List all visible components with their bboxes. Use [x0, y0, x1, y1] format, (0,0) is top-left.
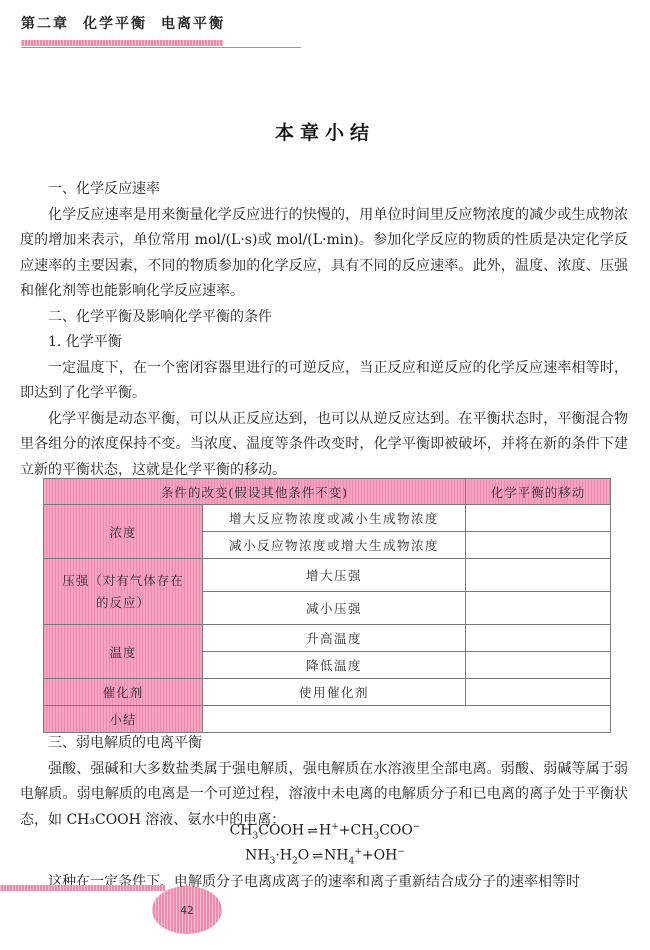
table-answer-cell[interactable] — [466, 625, 611, 652]
table-summary-answer-cell[interactable] — [203, 706, 611, 733]
eq-term: OH — [374, 848, 398, 864]
table-answer-cell[interactable] — [466, 679, 611, 706]
footer-decor-bar — [0, 885, 165, 891]
page-number-badge: 42 — [152, 886, 222, 934]
equation-ammonia: NH3·H2O⇌NH4++OH− — [0, 847, 650, 866]
table-condition-cell: 减小压强 — [203, 592, 466, 625]
chapter-section-2: 电离平衡 — [161, 16, 225, 32]
eq-superscript: + — [354, 847, 362, 857]
eq-term: CH — [230, 823, 253, 839]
chapter-label: 第二章 — [21, 16, 69, 32]
table-condition-cell: 增大压强 — [203, 559, 466, 592]
body-text-top: 一、化学反应速率 化学反应速率是用来衡量化学反应进行的快慢的，用单位时间里反应物… — [20, 177, 628, 509]
table-header-shift: 化学平衡的移动 — [466, 479, 611, 505]
eq-term: COOH — [258, 823, 304, 839]
section-2-paragraph-2: 化学平衡是动态平衡，可以从正反应达到，也可以从逆反应达到。在平衡状态时，平衡混合… — [20, 407, 628, 484]
chapter-header: 第二章化学平衡电离平衡 — [21, 13, 239, 33]
section-2-paragraph-1: 一定温度下，在一个密闭容器里进行的可逆反应，当正反应和逆反应的化学反应速率相等时… — [20, 356, 628, 407]
body-text-bottom: 这种在一定条件下，电解质分子电离成离子的速率和离子重新结合成分子的速率相等时 — [20, 870, 628, 896]
table-category-summary: 小结 — [44, 706, 203, 733]
section-2-subheading-1: 1. 化学平衡 — [20, 330, 628, 356]
eq-term: COO — [379, 823, 413, 839]
eq-subscript: 4 — [349, 856, 355, 866]
table-header-conditions: 条件的改变(假设其他条件不变) — [44, 479, 466, 505]
section-3-paragraph-2: 这种在一定条件下，电解质分子电离成离子的速率和离子重新结合成分子的速率相等时 — [20, 870, 628, 896]
eq-plus: + — [362, 848, 374, 864]
eq-superscript: − — [397, 847, 405, 857]
table-condition-cell: 降低温度 — [203, 652, 466, 679]
table-answer-cell[interactable] — [466, 652, 611, 679]
table-category-concentration: 浓度 — [44, 505, 203, 559]
equilibrium-conditions-table: 条件的改变(假设其他条件不变) 化学平衡的移动 浓度 增大反应物浓度或减小生成物… — [43, 478, 611, 733]
table-condition-cell: 使用催化剂 — [203, 679, 466, 706]
table-answer-cell[interactable] — [466, 559, 611, 592]
table-row: 温度 升高温度 — [44, 625, 611, 652]
eq-term: NH — [245, 848, 269, 864]
equilibrium-arrow-icon: ⇌ — [307, 824, 316, 839]
section-1-heading: 一、化学反应速率 — [20, 177, 628, 203]
eq-term: NH — [324, 848, 348, 864]
table-condition-cell: 升高温度 — [203, 625, 466, 652]
header-rule — [21, 47, 301, 48]
section-3-heading: 三、弱电解质的电离平衡 — [20, 731, 628, 757]
table-category-pressure: 压强（对有气体存在的反应） — [44, 559, 203, 625]
equation-acetic-acid: CH3COOH⇌H++CH3COO− — [0, 822, 650, 841]
table-answer-cell[interactable] — [466, 532, 611, 559]
table-row: 催化剂 使用催化剂 — [44, 679, 611, 706]
table-category-catalyst: 催化剂 — [44, 679, 203, 706]
chapter-section-1: 化学平衡 — [83, 16, 147, 32]
table-header-row: 条件的改变(假设其他条件不变) 化学平衡的移动 — [44, 479, 611, 505]
eq-plus: + — [339, 823, 351, 839]
equilibrium-arrow-icon: ⇌ — [312, 849, 321, 864]
table-row: 浓度 增大反应物浓度或减小生成物浓度 — [44, 505, 611, 532]
table-row: 小结 — [44, 706, 611, 733]
section-2-heading: 二、化学平衡及影响化学平衡的条件 — [20, 305, 628, 331]
eq-term: H — [280, 848, 292, 864]
body-text-section-3: 三、弱电解质的电离平衡 强酸、强碱和大多数盐类属于强电解质，强电解质在水溶液里全… — [20, 731, 628, 833]
table-condition-cell: 减小反应物浓度或增大生成物浓度 — [203, 532, 466, 559]
page-number: 42 — [180, 904, 193, 917]
eq-term: H — [319, 823, 331, 839]
table-answer-cell[interactable] — [466, 592, 611, 625]
eq-superscript: − — [413, 822, 421, 832]
eq-term: O — [298, 848, 309, 864]
table-row: 压强（对有气体存在的反应） 增大压强 — [44, 559, 611, 592]
eq-superscript: + — [331, 822, 339, 832]
section-1-paragraph: 化学反应速率是用来衡量化学反应进行的快慢的，用单位时间里反应物浓度的减少或生成物… — [20, 203, 628, 305]
header-decor-bar — [21, 40, 223, 46]
table-category-temperature: 温度 — [44, 625, 203, 679]
page-title: 本章小结 — [0, 118, 650, 145]
table-answer-cell[interactable] — [466, 505, 611, 532]
table-condition-cell: 增大反应物浓度或减小生成物浓度 — [203, 505, 466, 532]
eq-term: CH — [351, 823, 374, 839]
